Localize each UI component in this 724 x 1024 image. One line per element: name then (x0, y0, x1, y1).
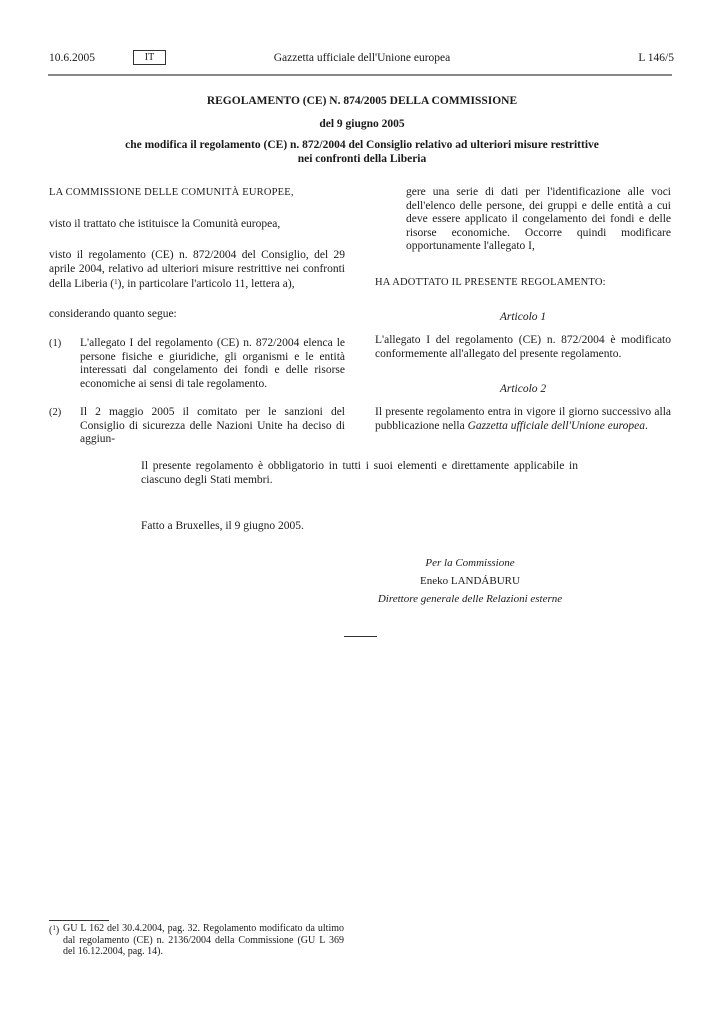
visto-regulation-text-end: ), in particolare l'articolo 11, lettera… (118, 278, 295, 290)
recital-text: Il 2 maggio 2005 il comitato per le sanz… (80, 406, 345, 447)
signatory-role: Direttore generale delle Relazioni ester… (330, 593, 610, 605)
article-2-heading: Articolo 2 (375, 383, 671, 395)
signature-for: Per la Commissione (330, 557, 610, 569)
adoption-text: HA ADOTTATO IL PRESENTE REGOLAMENTO: (375, 277, 606, 288)
footnote-divider (49, 920, 109, 921)
article-1-heading: Articolo 1 (375, 311, 671, 323)
visto-regulation: visto il regolamento (CE) n. 872/2004 de… (49, 249, 345, 292)
recital-number: (1) (49, 337, 61, 351)
recital-number: (2) (49, 406, 61, 420)
page-reference: L 146/5 (638, 52, 674, 64)
recital-2-continued: gere una serie di dati per l'identificaz… (406, 186, 671, 254)
footnote-mark: (1) (49, 923, 59, 937)
visto-treaty: visto il trattato che istituisce la Comu… (49, 218, 345, 232)
binding-clause: Il presente regolamento è obbligatorio i… (141, 460, 578, 487)
considerando-line: considerando quanto segue: (49, 308, 345, 322)
footnote-mark-number: 1 (52, 924, 56, 932)
footnote-text: GU L 162 del 30.4.2004, pag. 32. Regolam… (63, 923, 344, 958)
recital-text: L'allegato I del regolamento (CE) n. 872… (80, 337, 345, 391)
header-divider (48, 74, 672, 76)
journal-title: Gazzetta ufficiale dell'Unione europea (0, 52, 724, 64)
regulation-subject-line2: nei confronti della Liberia (0, 152, 724, 166)
regulation-date: del 9 giugno 2005 (0, 118, 724, 130)
article-2-text-end: . (645, 420, 648, 432)
authority-text: LA COMMISSIONE DELLE COMUNITÀ EUROPEE, (49, 187, 294, 198)
adoption-line: HA ADOTTATO IL PRESENTE REGOLAMENTO: (375, 276, 671, 290)
regulation-subject: che modifica il regolamento (CE) n. 872/… (0, 138, 724, 166)
article-1-text: L'allegato I del regolamento (CE) n. 872… (375, 334, 671, 361)
article-2-text: Il presente regolamento entra in vigore … (375, 406, 671, 433)
signatory-name: Eneko LANDÁBURU (330, 575, 610, 587)
regulation-title: REGOLAMENTO (CE) N. 874/2005 DELLA COMMI… (0, 95, 724, 107)
authority-line: LA COMMISSIONE DELLE COMUNITÀ EUROPEE, (49, 186, 345, 200)
journal-name-italic: Gazzetta ufficiale dell'Unione europea (468, 420, 645, 432)
end-divider (344, 636, 377, 637)
done-at: Fatto a Bruxelles, il 9 giugno 2005. (141, 520, 578, 534)
regulation-subject-line1: che modifica il regolamento (CE) n. 872/… (0, 138, 724, 152)
